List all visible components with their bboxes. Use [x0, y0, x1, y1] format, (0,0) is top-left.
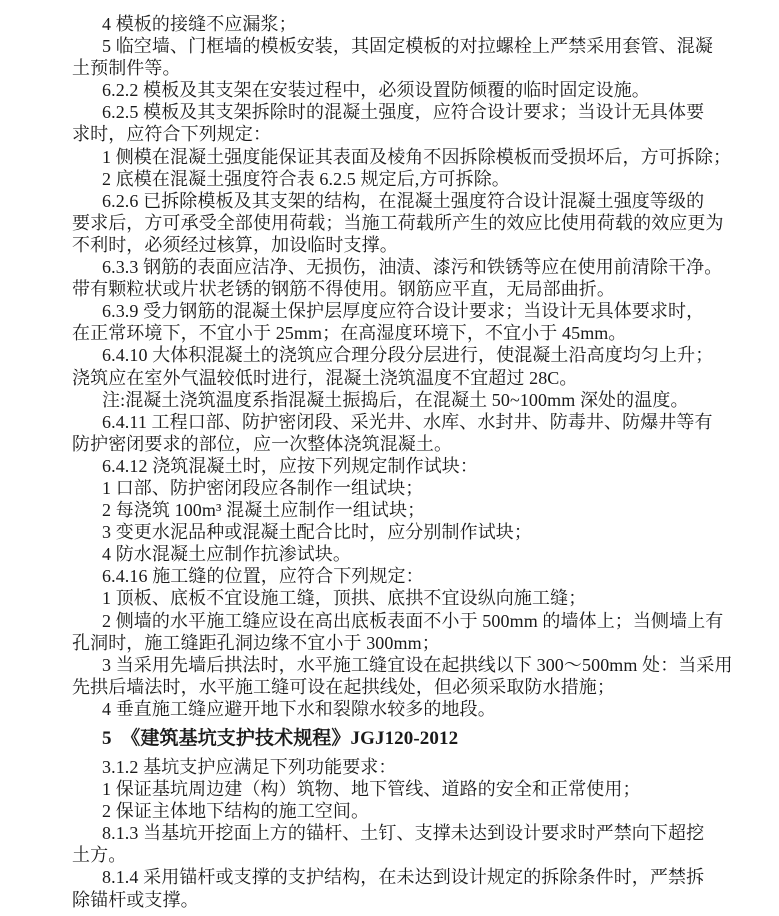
text-line: 6.2.5 模板及其支架拆除时的混凝土强度，应符合设计要求；当设计无具体要 — [72, 101, 772, 123]
text-line: 4 垂直施工缝应避开地下水和裂隙水较多的地段。 — [72, 698, 772, 720]
text-line: 5 临空墙、门框墙的模板安装，其固定模板的对拉螺栓上严禁采用套管、混凝 — [72, 35, 772, 57]
text-line: 8.1.4 采用锚杆或支撑的支护结构，在未达到设计规定的拆除条件时，严禁拆 — [72, 866, 772, 888]
section-heading: 5 《建筑基坑支护技术规程》JGJ120-2012 — [72, 720, 772, 756]
text-line: 2 每浇筑 100m³ 混凝土应制作一组试块； — [72, 499, 772, 521]
text-line: 带有颗粒状或片状老锈的钢筋不得使用。钢筋应平直，无局部曲折。 — [72, 278, 772, 300]
text-line: 6.4.11 工程口部、防护密闭段、采光井、水库、水封井、防毒井、防爆井等有 — [72, 411, 772, 433]
text-line: 6.4.12 浇筑混凝土时，应按下列规定制作试块： — [72, 455, 772, 477]
text-line: 6.3.9 受力钢筋的混凝土保护层厚度应符合设计要求；当设计无具体要求时， — [72, 300, 772, 322]
text-line: 求时，应符合下列规定： — [72, 123, 772, 145]
document-text-block: 4 模板的接缝不应漏浆；5 临空墙、门框墙的模板安装，其固定模板的对拉螺栓上严禁… — [72, 13, 772, 911]
text-line: 防护密闭要求的部位，应一次整体浇筑混凝土。 — [72, 433, 772, 455]
text-line: 6.2.6 已拆除模板及其支架的结构，在混凝土强度符合设计混凝土强度等级的 — [72, 190, 772, 212]
text-line: 在正常环境下，不宜小于 25mm；在高湿度环境下，不宜小于 45mm。 — [72, 322, 772, 344]
text-line: 4 模板的接缝不应漏浆； — [72, 13, 772, 35]
text-line: 6.4.16 施工缝的位置，应符合下列规定： — [72, 565, 772, 587]
text-line: 除锚杆或支撑。 — [72, 889, 772, 911]
text-line: 1 侧模在混凝土强度能保证其表面及棱角不因拆除模板而受损坏后，方可拆除； — [72, 146, 772, 168]
text-line: 6.2.2 模板及其支架在安装过程中，必须设置防倾覆的临时固定设施。 — [72, 79, 772, 101]
text-line: 2 侧墙的水平施工缝应设在高出底板表面不小于 500mm 的墙体上；当侧墙上有 — [72, 610, 772, 632]
text-line: 1 口部、防护密闭段应各制作一组试块； — [72, 477, 772, 499]
text-line: 2 保证主体地下结构的施工空间。 — [72, 800, 772, 822]
text-line: 浇筑应在室外气温较低时进行，混凝土浇筑温度不宜超过 28C。 — [72, 367, 772, 389]
text-line: 注:混凝土浇筑温度系指混凝土振捣后，在混凝土 50~100mm 深处的温度。 — [72, 389, 772, 411]
text-line: 6.3.3 钢筋的表面应洁净、无损伤，油渍、漆污和铁锈等应在使用前清除干净。 — [72, 256, 772, 278]
text-line: 土方。 — [72, 844, 772, 866]
text-line: 4 防水混凝土应制作抗渗试块。 — [72, 543, 772, 565]
text-line: 1 顶板、底板不宜设施工缝，顶拱、底拱不宜设纵向施工缝； — [72, 587, 772, 609]
text-line: 2 底模在混凝土强度符合表 6.2.5 规定后,方可拆除。 — [72, 168, 772, 190]
text-line: 6.4.10 大体积混凝土的浇筑应合理分段分层进行，使混凝土沿高度均匀上升； — [72, 344, 772, 366]
text-line: 不利时，必须经过核算，加设临时支撑。 — [72, 234, 772, 256]
text-line: 1 保证基坑周边建（构）筑物、地下管线、道路的安全和正常使用； — [72, 778, 772, 800]
text-line: 3 变更水泥品种或混凝土配合比时，应分别制作试块； — [72, 521, 772, 543]
text-line: 要求后，方可承受全部使用荷载；当施工荷载所产生的效应比使用荷载的效应更为 — [72, 212, 772, 234]
text-line: 孔洞时，施工缝距孔洞边缘不宜小于 300mm； — [72, 632, 772, 654]
text-line: 先拱后墙法时，水平施工缝可设在起拱线处，但必须采取防水措施； — [72, 676, 772, 698]
document-page: 4 模板的接缝不应漏浆；5 临空墙、门框墙的模板安装，其固定模板的对拉螺栓上严禁… — [0, 0, 779, 916]
text-line: 土预制件等。 — [72, 57, 772, 79]
text-line: 3 当采用先墙后拱法时，水平施工缝宜设在起拱线以下 300～500mm 处：当采… — [72, 654, 772, 676]
text-line: 8.1.3 当基坑开挖面上方的锚杆、土钉、支撑未达到设计要求时严禁向下超挖 — [72, 822, 772, 844]
text-line: 3.1.2 基坑支护应满足下列功能要求： — [72, 756, 772, 778]
